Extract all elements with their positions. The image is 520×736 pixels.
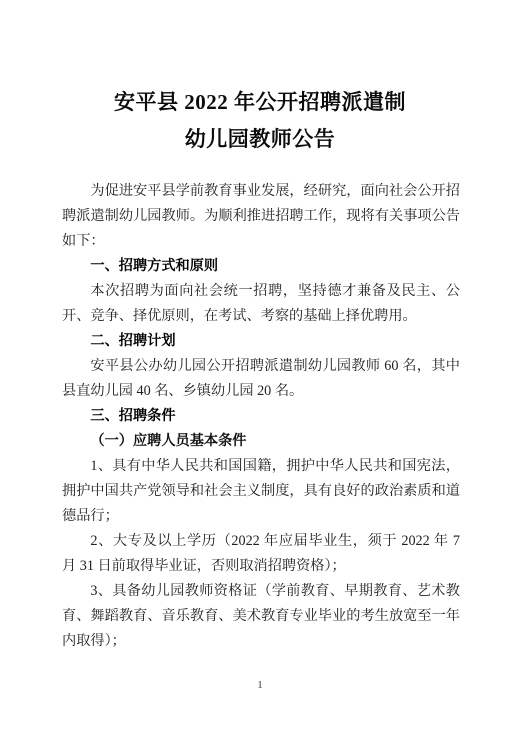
body-paragraph: 安平县公办幼儿园公开招聘派遣制幼儿园教师 60 名，其中县直幼儿园 40 名、乡…: [62, 354, 460, 404]
body-paragraph: 1、具有中华人民共和国国籍，拥护中华人民共和国宪法，拥护中国共产党领导和社会主义…: [62, 454, 460, 529]
document-page: 安平县 2022 年公开招聘派遣制 幼儿园教师公告 为促进安平县学前教育事业发展…: [0, 0, 520, 736]
section-heading: 一、招聘方式和原则: [62, 254, 460, 279]
document-body: 为促进安平县学前教育事业发展，经研究，面向社会公开招聘派遣制幼儿园教师。为顺利推…: [62, 179, 460, 654]
section-heading: 二、招聘计划: [62, 329, 460, 354]
document-title-line-2: 幼儿园教师公告: [40, 121, 480, 158]
body-paragraph: 2、大专及以上学历（2022 年应届毕业生，须于 2022 年 7 月 31 日…: [62, 529, 460, 579]
section-heading: 三、招聘条件: [62, 404, 460, 429]
body-paragraph: 3、具备幼儿园教师资格证（学前教育、早期教育、艺术教育、舞蹈教育、音乐教育、美术…: [62, 579, 460, 654]
section-subheading: （一）应聘人员基本条件: [62, 429, 460, 454]
page-number: 1: [0, 678, 520, 692]
document-title: 安平县 2022 年公开招聘派遣制 幼儿园教师公告: [40, 84, 480, 158]
document-title-line-1: 安平县 2022 年公开招聘派遣制: [40, 84, 480, 121]
body-paragraph: 为促进安平县学前教育事业发展，经研究，面向社会公开招聘派遣制幼儿园教师。为顺利推…: [62, 179, 460, 254]
body-paragraph: 本次招聘为面向社会统一招聘，坚持德才兼备及民主、公开、竞争、择优原则，在考试、考…: [62, 279, 460, 329]
